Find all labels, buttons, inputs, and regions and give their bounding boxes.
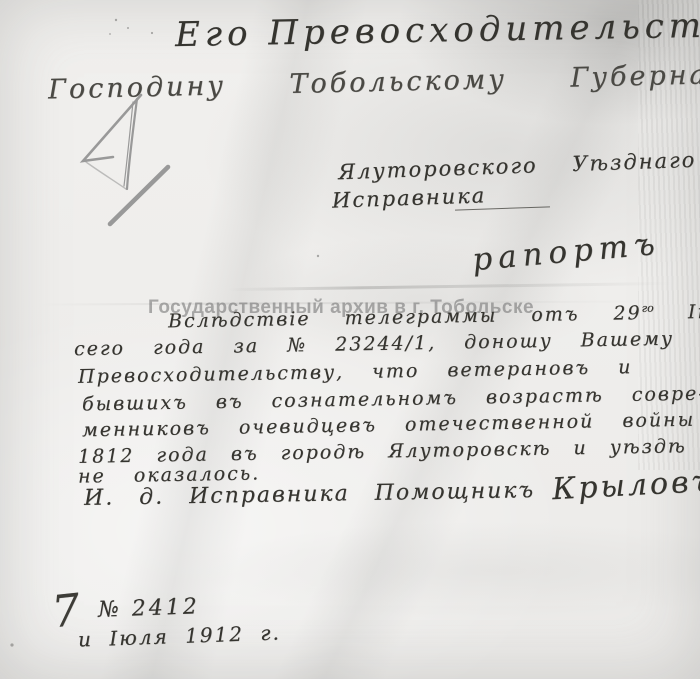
paper-crease (228, 282, 673, 291)
body-line1-post: Іюня (654, 300, 700, 324)
address-line-governor: Господину Тобольскому Губернатору (48, 58, 700, 106)
body-line1-superscript: го (641, 302, 653, 315)
body-line: Превосходительству, что ветерановъ и (78, 356, 633, 388)
document-type-rapport: рапортъ (471, 226, 662, 278)
document-page: Его Превосходительству Господину Тобольс… (0, 0, 700, 679)
footer-date: и Іюля 1912 г. (78, 620, 282, 651)
address-line-excellency: Его Превосходительству (175, 5, 700, 55)
footer-registration-number: № 2412 (98, 594, 201, 623)
signature-name: Крыловъ (551, 464, 700, 507)
body-line: сего года за № 23244/1, доношу Вашему (74, 328, 674, 360)
sender-line-ispravnik: Исправника (332, 183, 487, 212)
